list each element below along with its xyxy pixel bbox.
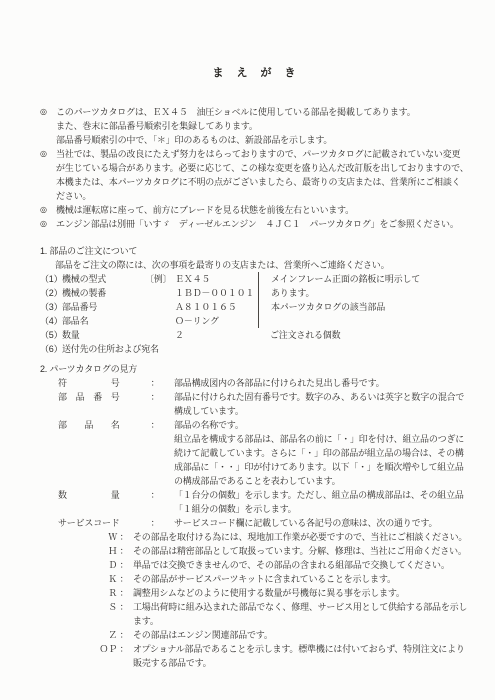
notice-item: ◎ エンジン部品は別冊「いすゞ ディーゼルエンジン ４ＪＣ１ パーツカタログ」を…	[40, 217, 469, 231]
service-code-desc: その部品は精密部品として取扱っています。分解、修理は、当社にご用命ください。	[131, 544, 469, 558]
order-example-prefix	[145, 286, 175, 300]
notice-line: 部品番号順索引の中で、「＊」印のあるものは、新設部品を示します。	[56, 133, 469, 147]
colon-separator: ：	[148, 516, 162, 530]
order-note	[258, 314, 469, 328]
order-row: （4） 部品名 Ｏ－リング	[40, 314, 469, 328]
colon-separator: ：	[148, 488, 162, 516]
order-row: （6） 送付先の住所および宛名	[40, 342, 469, 356]
notice-item: ◎ 機械は運転席に座って、前方にブレードを見る状態を前後左右といいます。	[40, 203, 469, 217]
notice-line: また、巻末に部品番号順索引を集録してあります。	[56, 119, 469, 133]
guide-desc-line: 「１台分の個数」を示します。ただし、組立品の構成部品は、その組立品「１組分の個数…	[174, 488, 469, 516]
notice-line: このパーツカタログは、ＥＸ４５ 油圧ショベルに使用している部品を掲載してあります…	[56, 105, 469, 119]
order-label: 機械の型式	[62, 272, 145, 286]
notice-text: エンジン部品は別冊「いすゞ ディーゼルエンジン ４ＪＣ１ パーツカタログ」をご参…	[56, 217, 469, 231]
guide-desc-line: 部品に付けられた固有番号です。数字のみ、あるいは英字と数字の混合で構成しています…	[174, 390, 469, 418]
order-example-prefix	[145, 342, 175, 356]
section-ordering-parts: 1. 部品のご注文について 部品をご注文の際には、次の事項を最寄りの支店または、…	[40, 244, 469, 356]
notice-text: 当社では、製品の改良にたえず努力をはらっておりますので、パーツカタログに記載され…	[56, 147, 469, 203]
guide-desc: 「１台分の個数」を示します。ただし、組立品の構成部品は、その組立品「１組分の個数…	[162, 488, 469, 516]
notice-item: ◎ このパーツカタログは、ＥＸ４５ 油圧ショベルに使用している部品を掲載してあり…	[40, 105, 469, 147]
order-num: （6）	[40, 342, 62, 356]
service-code-desc: 調整用シムなどのように使用する数量が号機毎に異る事を示します。	[131, 586, 469, 600]
colon-separator: ：	[117, 600, 131, 628]
order-note: ご注文される個数	[258, 328, 469, 342]
order-row: （2） 機械の製番 １ＢＤ－００１０１ あります。	[40, 286, 469, 300]
service-code: Ｗ	[58, 530, 117, 544]
service-code: Ｓ	[58, 600, 117, 628]
guide-row: サービスコード ： サービスコード欄に記載している各記号の意味は、次の通りです。	[40, 516, 469, 530]
order-note: あります。	[258, 286, 469, 300]
service-code: Ｒ	[58, 586, 117, 600]
service-code: Ｋ	[58, 572, 117, 586]
order-num: （5）	[40, 328, 62, 342]
colon-separator: ：	[148, 390, 162, 418]
order-value: １ＢＤ－００１０１	[175, 286, 258, 300]
guide-term: 部 品 番 号	[58, 390, 148, 418]
service-code-row: ＯＰ ： オプショナル部品であることを示します。標準機には付いておらず、特別注文…	[40, 642, 469, 670]
colon-separator: ：	[117, 642, 131, 670]
page-title: ま え が き	[40, 66, 469, 80]
service-code-row: Ｒ ： 調整用シムなどのように使用する数量が号機毎に異る事を示します。	[40, 586, 469, 600]
service-code: Ｈ	[58, 544, 117, 558]
order-label: 送付先の住所および宛名	[62, 342, 145, 356]
guide-desc: 部品に付けられた固有番号です。数字のみ、あるいは英字と数字の混合で構成しています…	[162, 390, 469, 418]
service-code-row: Ｗ ： その部品を取付ける為には、現地加工作業が必要ですので、当社にご相談くださ…	[40, 530, 469, 544]
order-note	[258, 342, 469, 356]
colon-separator: ：	[117, 628, 131, 642]
document-page: ま え が き ◎ このパーツカタログは、ＥＸ４５ 油圧ショベルに使用している部…	[0, 0, 495, 700]
service-code-desc: その部品はエンジン関連部品です。	[131, 628, 469, 642]
notice-line: 機械は運転席に座って、前方にブレードを見る状態を前後左右といいます。	[56, 203, 469, 217]
notice-item: ◎ 当社では、製品の改良にたえず努力をはらっておりますので、パーツカタログに記載…	[40, 147, 469, 203]
order-value	[175, 342, 258, 356]
double-circle-bullet-icon: ◎	[40, 105, 56, 147]
colon-separator: ：	[148, 376, 162, 390]
order-note: 本パーツカタログの該当部品	[258, 300, 469, 314]
service-code-desc: オプショナル部品であることを示します。標準機には付いておらず、特別注文により販売…	[131, 642, 469, 670]
colon-separator: ：	[117, 572, 131, 586]
order-num: （2）	[40, 286, 62, 300]
guide-row: 部 品 番 号 ： 部品に付けられた固有番号です。数字のみ、あるいは英字と数字の…	[40, 390, 469, 418]
service-code-desc: 工場出荷時に組み込まれた部品でなく、修理、サービス用として供給する部品を示します…	[131, 600, 469, 628]
notice-line: エンジン部品は別冊「いすゞ ディーゼルエンジン ４ＪＣ１ パーツカタログ」をご参…	[56, 217, 469, 231]
order-note: メインフレーム正面の銘板に明示して	[258, 272, 469, 286]
order-label: 部品番号	[62, 300, 145, 314]
colon-separator: ：	[117, 558, 131, 572]
order-row: （3） 部品番号 Ａ８１０１６５ 本パーツカタログの該当部品	[40, 300, 469, 314]
service-code-desc: 単品では交換できませんので、その部品の含まれる組部品で交換してください。	[131, 558, 469, 572]
order-row: （1） 機械の型式 〔例〕 ＥＸ４５ メインフレーム正面の銘板に明示して	[40, 272, 469, 286]
guide-desc: 部品構成図内の各部品に付けられた見出し番号です。	[162, 376, 469, 390]
order-label: 数量	[62, 328, 145, 342]
order-example-prefix: 〔例〕	[145, 272, 175, 286]
section1-heading: 1. 部品のご注文について	[40, 244, 469, 258]
double-circle-bullet-icon: ◎	[40, 217, 56, 231]
service-code-row: Ｋ ： その部品がサービスパーツキットに含まれていることを示します。	[40, 572, 469, 586]
guide-term: 部 品 名	[58, 418, 148, 488]
colon-separator: ：	[148, 418, 162, 488]
order-row: （5） 数量 ２ ご注文される個数	[40, 328, 469, 342]
service-code: Ｚ	[58, 628, 117, 642]
service-code-row: Ｈ ： その部品は精密部品として取扱っています。分解、修理は、当社にご用命くださ…	[40, 544, 469, 558]
order-value: ２	[175, 328, 258, 342]
order-num: （4）	[40, 314, 62, 328]
order-intro: 部品をご注文の際には、次の事項を最寄りの支店または、営業所へご連絡ください。	[55, 258, 469, 272]
service-code: Ｄ	[58, 558, 117, 572]
notice-text: このパーツカタログは、ＥＸ４５ 油圧ショベルに使用している部品を掲載してあります…	[56, 105, 469, 147]
order-label: 部品名	[62, 314, 145, 328]
notice-line: 当社では、製品の改良にたえず努力をはらっておりますので、パーツカタログに記載され…	[56, 147, 469, 203]
order-num: （1）	[40, 272, 62, 286]
order-example-prefix	[145, 300, 175, 314]
guide-desc: 部品の名称です。 組立品を構成する部品は、部品名の前に「・」印を付け、組立品のつ…	[162, 418, 469, 488]
double-circle-bullet-icon: ◎	[40, 203, 56, 217]
guide-row: 符 号 ： 部品構成図内の各部品に付けられた見出し番号です。	[40, 376, 469, 390]
service-code-desc: その部品を取付ける為には、現地加工作業が必要ですので、当社にご相談ください。	[131, 530, 469, 544]
notice-list: ◎ このパーツカタログは、ＥＸ４５ 油圧ショベルに使用している部品を掲載してあり…	[40, 105, 469, 231]
order-example-prefix	[145, 314, 175, 328]
section-how-to-read: 2. パーツカタログの見方 符 号 ： 部品構成図内の各部品に付けられた見出し番…	[40, 362, 469, 670]
page-content: ま え が き ◎ このパーツカタログは、ＥＸ４５ 油圧ショベルに使用している部…	[0, 0, 495, 670]
order-value: Ｏ－リング	[175, 314, 258, 328]
notice-text: 機械は運転席に座って、前方にブレードを見る状態を前後左右といいます。	[56, 203, 469, 217]
guide-desc-line: サービスコード欄に記載している各記号の意味は、次の通りです。	[174, 516, 469, 530]
guide-term: 数 量	[58, 488, 148, 516]
colon-separator: ：	[117, 530, 131, 544]
colon-separator: ：	[117, 586, 131, 600]
service-code: ＯＰ	[58, 642, 117, 670]
guide-term: サービスコード	[58, 516, 148, 530]
guide-desc-line: 部品構成図内の各部品に付けられた見出し番号です。	[174, 376, 469, 390]
double-circle-bullet-icon: ◎	[40, 147, 56, 203]
colon-separator: ：	[117, 544, 131, 558]
service-code-row: Ｚ ： その部品はエンジン関連部品です。	[40, 628, 469, 642]
service-code-row: Ｓ ： 工場出荷時に組み込まれた部品でなく、修理、サービス用として供給する部品を…	[40, 600, 469, 628]
order-value: ＥＸ４５	[175, 272, 258, 286]
guide-desc: サービスコード欄に記載している各記号の意味は、次の通りです。	[162, 516, 469, 530]
service-code-desc: その部品がサービスパーツキットに含まれていることを示します。	[131, 572, 469, 586]
service-code-row: Ｄ ： 単品では交換できませんので、その部品の含まれる組部品で交換してください。	[40, 558, 469, 572]
guide-desc-line: 部品の名称です。	[174, 418, 469, 432]
order-label: 機械の製番	[62, 286, 145, 300]
guide-term: 符 号	[58, 376, 148, 390]
order-num: （3）	[40, 300, 62, 314]
section2-heading: 2. パーツカタログの見方	[40, 362, 469, 376]
order-example-prefix	[145, 328, 175, 342]
guide-desc-line: 組立品を構成する部品は、部品名の前に「・」印を付け、組立品のつぎに続けて記載して…	[174, 432, 469, 488]
order-value: Ａ８１０１６５	[175, 300, 258, 314]
guide-row: 部 品 名 ： 部品の名称です。 組立品を構成する部品は、部品名の前に「・」印を…	[40, 418, 469, 488]
guide-row: 数 量 ： 「１台分の個数」を示します。ただし、組立品の構成部品は、その組立品「…	[40, 488, 469, 516]
